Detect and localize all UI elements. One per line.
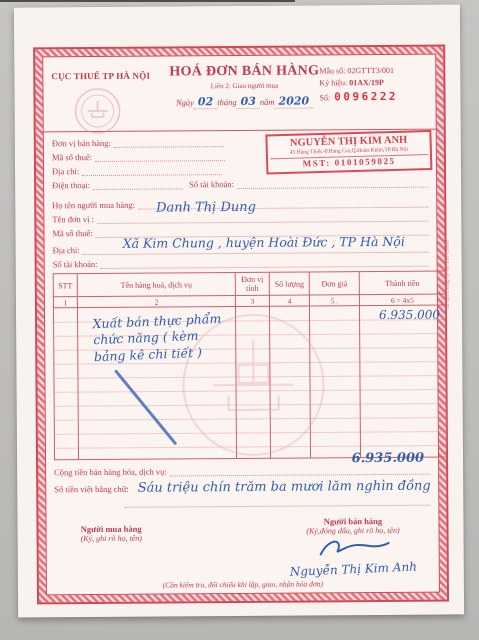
seller-signature-name: Nguyễn Thị Kim Anh bbox=[289, 560, 417, 579]
ornamental-border-frame: CỤC THUẾ TP HÀ NỘI HOÁ ĐƠN BÁN HÀNG Liên… bbox=[33, 45, 449, 605]
col-num-5: 5 . bbox=[309, 295, 359, 306]
invoice-paper: CỤC THUẾ TP HÀ NỘI HOÁ ĐƠN BÁN HÀNG Liên… bbox=[14, 4, 464, 617]
item-row: Xuất bán thực phẩm chức năng ( kèm bảng … bbox=[53, 305, 446, 460]
amount-in-words-handwritten: Sáu triệu chín trăm ba mươi lăm nghìn đồ… bbox=[132, 479, 431, 496]
invoice-title: HOÁ ĐƠN BÁN HÀNG bbox=[169, 63, 319, 80]
buyer-address-handwritten: Xã Kim Chung , huyện Hoài Đức , TP Hà Nộ… bbox=[123, 234, 405, 251]
item-price-cell bbox=[309, 306, 360, 458]
col-num-3: 3 bbox=[235, 295, 269, 306]
seller-signature-note: (Ký,đóng dấu, ghi rõ họ, tên) bbox=[289, 526, 416, 536]
invoice-date: Ngày02tháng03năm2020 bbox=[169, 94, 319, 108]
issuer-block: CỤC THUẾ TP HÀ NỘI bbox=[51, 60, 169, 131]
col-header-price: Đơn giá bbox=[309, 272, 359, 295]
invoice-number-value: 0096222 bbox=[334, 90, 398, 103]
serial-line: Ký hiệu: 01AX/19P bbox=[319, 77, 427, 90]
item-name-handwritten: Xuất bán thực phẩm chức năng ( kèm bảng … bbox=[80, 306, 233, 365]
buyer-signature-title: Người mua hàng bbox=[80, 524, 141, 534]
col-header-unit: Đơn vị tính bbox=[235, 272, 269, 295]
col-header-stt: STT bbox=[53, 274, 77, 297]
item-amount-cell: 6.935.000 bbox=[359, 305, 446, 458]
seller-signature-block: Người bán hàng (Ký,đóng dấu, ghi rõ họ, … bbox=[289, 516, 417, 577]
buyer-signature-block: Người mua hàng (Ký, ghi rõ họ, tên) bbox=[80, 518, 142, 578]
amount-words-underline bbox=[124, 494, 430, 508]
items-header-row: STT Tên hàng hoá, dịch vụ Đơn vị tính Số… bbox=[53, 271, 445, 297]
form-number-value: 02GTTT3/001 bbox=[347, 66, 394, 75]
amount-in-words-row: Số tiền viết bằng chữ:Sáu triệu chín tră… bbox=[54, 475, 430, 495]
item-name-cell: Xuất bán thực phẩm chức năng ( kèm bảng … bbox=[77, 307, 236, 460]
buyer-account-row: Số tài khoản: bbox=[53, 253, 429, 270]
signature-section: Người mua hàng (Ký, ghi rõ họ, tên) Ngườ… bbox=[54, 516, 430, 579]
invoice-sheet: CỤC THUẾ TP HÀ NỘI HOÁ ĐƠN BÁN HÀNG Liên… bbox=[42, 54, 440, 596]
seller-phone-row: Điện thoại:Số tài khoản: bbox=[52, 174, 428, 191]
date-day-value: 02 bbox=[194, 95, 217, 109]
serial-value: 01AX/19P bbox=[349, 78, 384, 87]
date-word-month: tháng bbox=[217, 97, 236, 107]
seller-section: NGUYỄN THỊ KIM ANH 45 Hàng Thiếc-P.Hàng … bbox=[52, 132, 428, 191]
col-num-4: 4 bbox=[269, 295, 309, 306]
col-header-name: Tên hàng hoá, dịch vụ bbox=[77, 273, 235, 297]
invoice-header: CỤC THUẾ TP HÀ NỘI HOÁ ĐƠN BÁN HÀNG Liên… bbox=[51, 59, 427, 132]
item-qty-cell bbox=[269, 306, 310, 458]
totals-section: 6.935.000 Cộng tiền bán hàng hóa, dịch v… bbox=[54, 460, 430, 509]
buyer-signature-note: (Ký, ghi rõ họ, tên) bbox=[81, 534, 142, 543]
copy-label: Liên 2: Giao người mua bbox=[169, 81, 319, 90]
date-year-value: 2020 bbox=[274, 94, 313, 108]
date-word-year: năm bbox=[260, 97, 275, 107]
col-num-1: 1 bbox=[53, 297, 77, 308]
invoice-number-line: Số: 0096222 bbox=[319, 89, 427, 106]
col-header-qty: Số lượng bbox=[269, 272, 309, 295]
items-table-wrap: STT Tên hàng hoá, dịch vụ Đơn vị tính Số… bbox=[53, 271, 430, 461]
item-amount-handwritten: 6.935.000 bbox=[363, 308, 442, 323]
form-info-block: Mẫu số: 02GTTT3/001 Ký hiệu: 01AX/19P Số… bbox=[319, 59, 427, 130]
item-unit-cell bbox=[235, 306, 270, 458]
buyer-section: Họ tên người mua hàng:Danh Thị Dung Tên … bbox=[52, 192, 429, 270]
tax-department-emblem-icon bbox=[73, 87, 121, 135]
date-month-value: 03 bbox=[237, 95, 260, 109]
items-table: STT Tên hàng hoá, dịch vụ Đơn vị tính Số… bbox=[53, 271, 447, 461]
printer-note-vertical: In tại Công ty in Tài chính bbox=[446, 240, 451, 309]
footer-note: (Cần kiểm tra, đối chiếu khi lập, giao, … bbox=[47, 579, 439, 591]
seller-signature-scribble bbox=[313, 536, 393, 561]
title-block: HOÁ ĐƠN BÁN HÀNG Liên 2: Giao người mua … bbox=[169, 59, 319, 130]
date-word-day: Ngày bbox=[176, 97, 194, 107]
form-number-line: Mẫu số: 02GTTT3/001 bbox=[319, 65, 427, 78]
scan-artifact-line bbox=[0, 0, 295, 2]
col-num-6: 6 = 4x5 bbox=[359, 294, 445, 306]
scanned-invoice-photo: CỤC THUẾ TP HÀ NỘI HOÁ ĐƠN BÁN HÀNG Liên… bbox=[0, 0, 479, 640]
col-header-amount: Thành tiền bbox=[359, 271, 445, 295]
item-stt-cell bbox=[53, 308, 78, 460]
issuer-name: CỤC THUẾ TP HÀ NỘI bbox=[51, 70, 169, 81]
